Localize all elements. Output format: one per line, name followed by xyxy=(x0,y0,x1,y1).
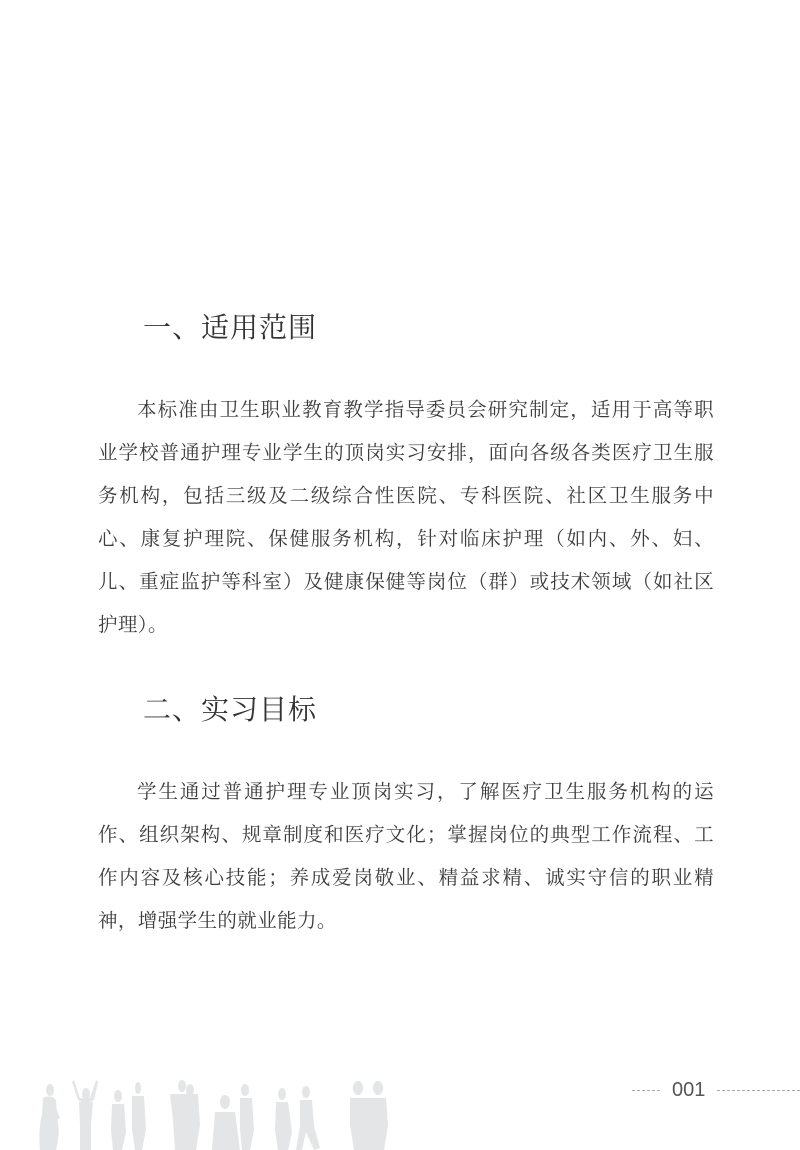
people-silhouettes-icon xyxy=(0,1080,600,1150)
page-number-footer: 001 xyxy=(632,1078,800,1102)
section-heading-goals: 二、实习目标 xyxy=(143,688,317,728)
paragraph-goals: 学生通过普通护理专业顶岗实习，了解医疗卫生服务机构的运作、组织架构、规章制度和医… xyxy=(98,770,714,942)
paragraph-scope: 本标准由卫生职业教育教学指导委员会研究制定，适用于高等职业学校普通护理专业学生的… xyxy=(98,388,714,646)
section-heading-scope: 一、适用范围 xyxy=(143,306,317,346)
dashed-line-left xyxy=(632,1090,660,1091)
section-body-goals: 学生通过普通护理专业顶岗实习，了解医疗卫生服务机构的运作、组织架构、规章制度和医… xyxy=(98,770,714,942)
section-body-scope: 本标准由卫生职业教育教学指导委员会研究制定，适用于高等职业学校普通护理专业学生的… xyxy=(98,388,714,646)
dashed-line-right xyxy=(717,1090,800,1091)
page-number: 001 xyxy=(672,1079,705,1102)
